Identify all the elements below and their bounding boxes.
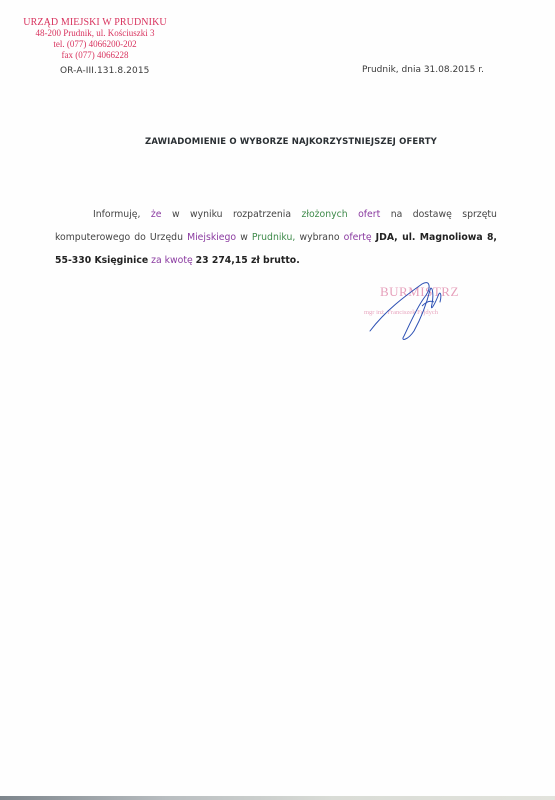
notice-body: Informuję, że w wyniku rozpatrzenia złoż…: [55, 203, 497, 272]
office-phone: tel. (077) 4066200-202: [20, 39, 170, 50]
reference-number: OR-A-III.131.8.2015: [60, 66, 149, 76]
body-word: ofertę: [344, 232, 372, 243]
offer-amount: 23 274,15 zł brutto.: [196, 255, 300, 266]
office-address: 48-200 Prudnik, ul. Kościuszki 3: [20, 28, 170, 39]
office-name: URZĄD MIEJSKI W PRUDNIKU: [20, 17, 170, 28]
office-fax: fax (077) 4066228: [20, 50, 170, 61]
body-word: w wyniku rozpatrzenia: [172, 209, 291, 220]
place-date: Prudnik, dnia 31.08.2015 r.: [362, 65, 484, 75]
body-word: Informuję,: [93, 209, 140, 220]
document-page: URZĄD MIEJSKI W PRUDNIKU 48-200 Prudnik,…: [0, 0, 555, 800]
document-title: ZAWIADOMIENIE O WYBORZE NAJKORZYSTNIEJSZ…: [145, 137, 437, 147]
body-word: Miejskiego: [187, 232, 236, 243]
signature-block: BURMISTRZ mgr inż. Franciszek Fejdych: [360, 276, 510, 346]
body-word: wybrano: [299, 232, 339, 243]
body-word: w: [240, 232, 248, 243]
body-word: kwotę: [165, 255, 193, 266]
handwritten-signature-icon: [360, 276, 510, 346]
body-word: że: [151, 209, 162, 220]
body-word: ofert: [358, 209, 380, 220]
scan-edge: [0, 796, 555, 800]
body-word: złożonych: [301, 209, 347, 220]
body-word: Prudniku,: [252, 232, 295, 243]
office-stamp: URZĄD MIEJSKI W PRUDNIKU 48-200 Prudnik,…: [20, 17, 170, 61]
body-word: za: [151, 255, 162, 266]
